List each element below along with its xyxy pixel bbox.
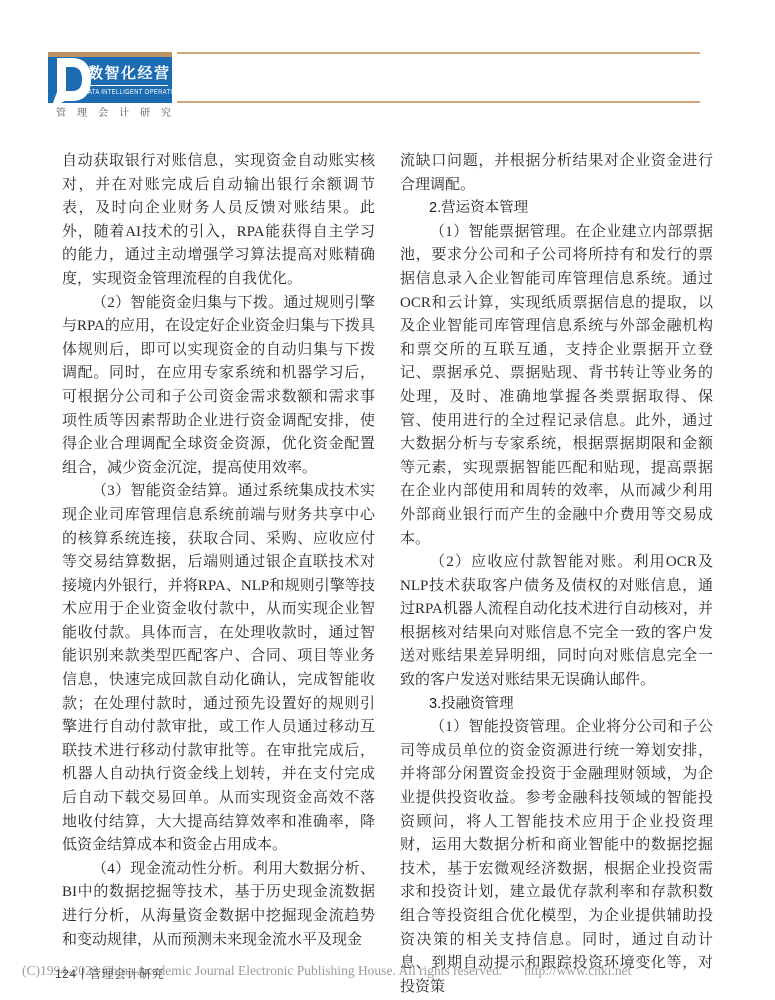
journal-logo: 数智化经营 ATA INTELLIGENT OPERATION [48,57,172,103]
logo-d-icon [49,57,91,109]
logo-brand-cn: 数智化经营 [88,62,171,83]
left-column: 自动获取银行对账信息，实现资金自动账实核对，并在对账完成后自动输出银行余额调节表… [62,150,375,952]
paragraph: （3）智能资金结算。通过系统集成技术实现企业司库管理信息系统前端与财务共享中心的… [62,480,375,858]
paragraph: （2）应收应付款智能对账。利用OCR及NLP技术获取客户债务及债权的对账信息，通… [400,551,713,693]
cnki-url: http://www.cnki.net [524,963,631,978]
section-heading: 2.营运资本管理 [400,197,713,221]
page-number-marker: 124丨管理会计研究 [55,965,164,982]
paragraph: （1）智能投资管理。企业将分公司和子公司等成员单位的资金资源进行统一筹划安排，并… [400,716,713,999]
paragraph: （1）智能票据管理。在企业建立内部票据池，要求分公司和子公司将所持有和发行的票据… [400,221,713,551]
header-rule-top [177,52,700,54]
logo-brand-en: ATA INTELLIGENT OPERATION [88,89,182,96]
paragraph: （2）智能资金归集与下拨。通过规则引擎与RPA的应用，在设定好企业资金归集与下拨… [62,292,375,481]
logo-divider [88,85,168,86]
journal-series-title: 管理会计研究 [56,104,176,119]
paragraph: 流缺口问题，并根据分析结果对企业资金进行合理调配。 [400,150,713,197]
section-heading: 3.投融资管理 [400,693,713,717]
right-column: 流缺口问题，并根据分析结果对企业资金进行合理调配。 2.营运资本管理 （1）智能… [400,150,713,999]
paragraph: 自动获取银行对账信息，实现资金自动账实核对，并在对账完成后自动输出银行余额调节表… [62,150,375,292]
paragraph: （4）现金流动性分析。利用大数据分析、BI中的数据挖掘等技术，基于历史现金流数据… [62,858,375,952]
header-rule-bottom [177,101,700,103]
